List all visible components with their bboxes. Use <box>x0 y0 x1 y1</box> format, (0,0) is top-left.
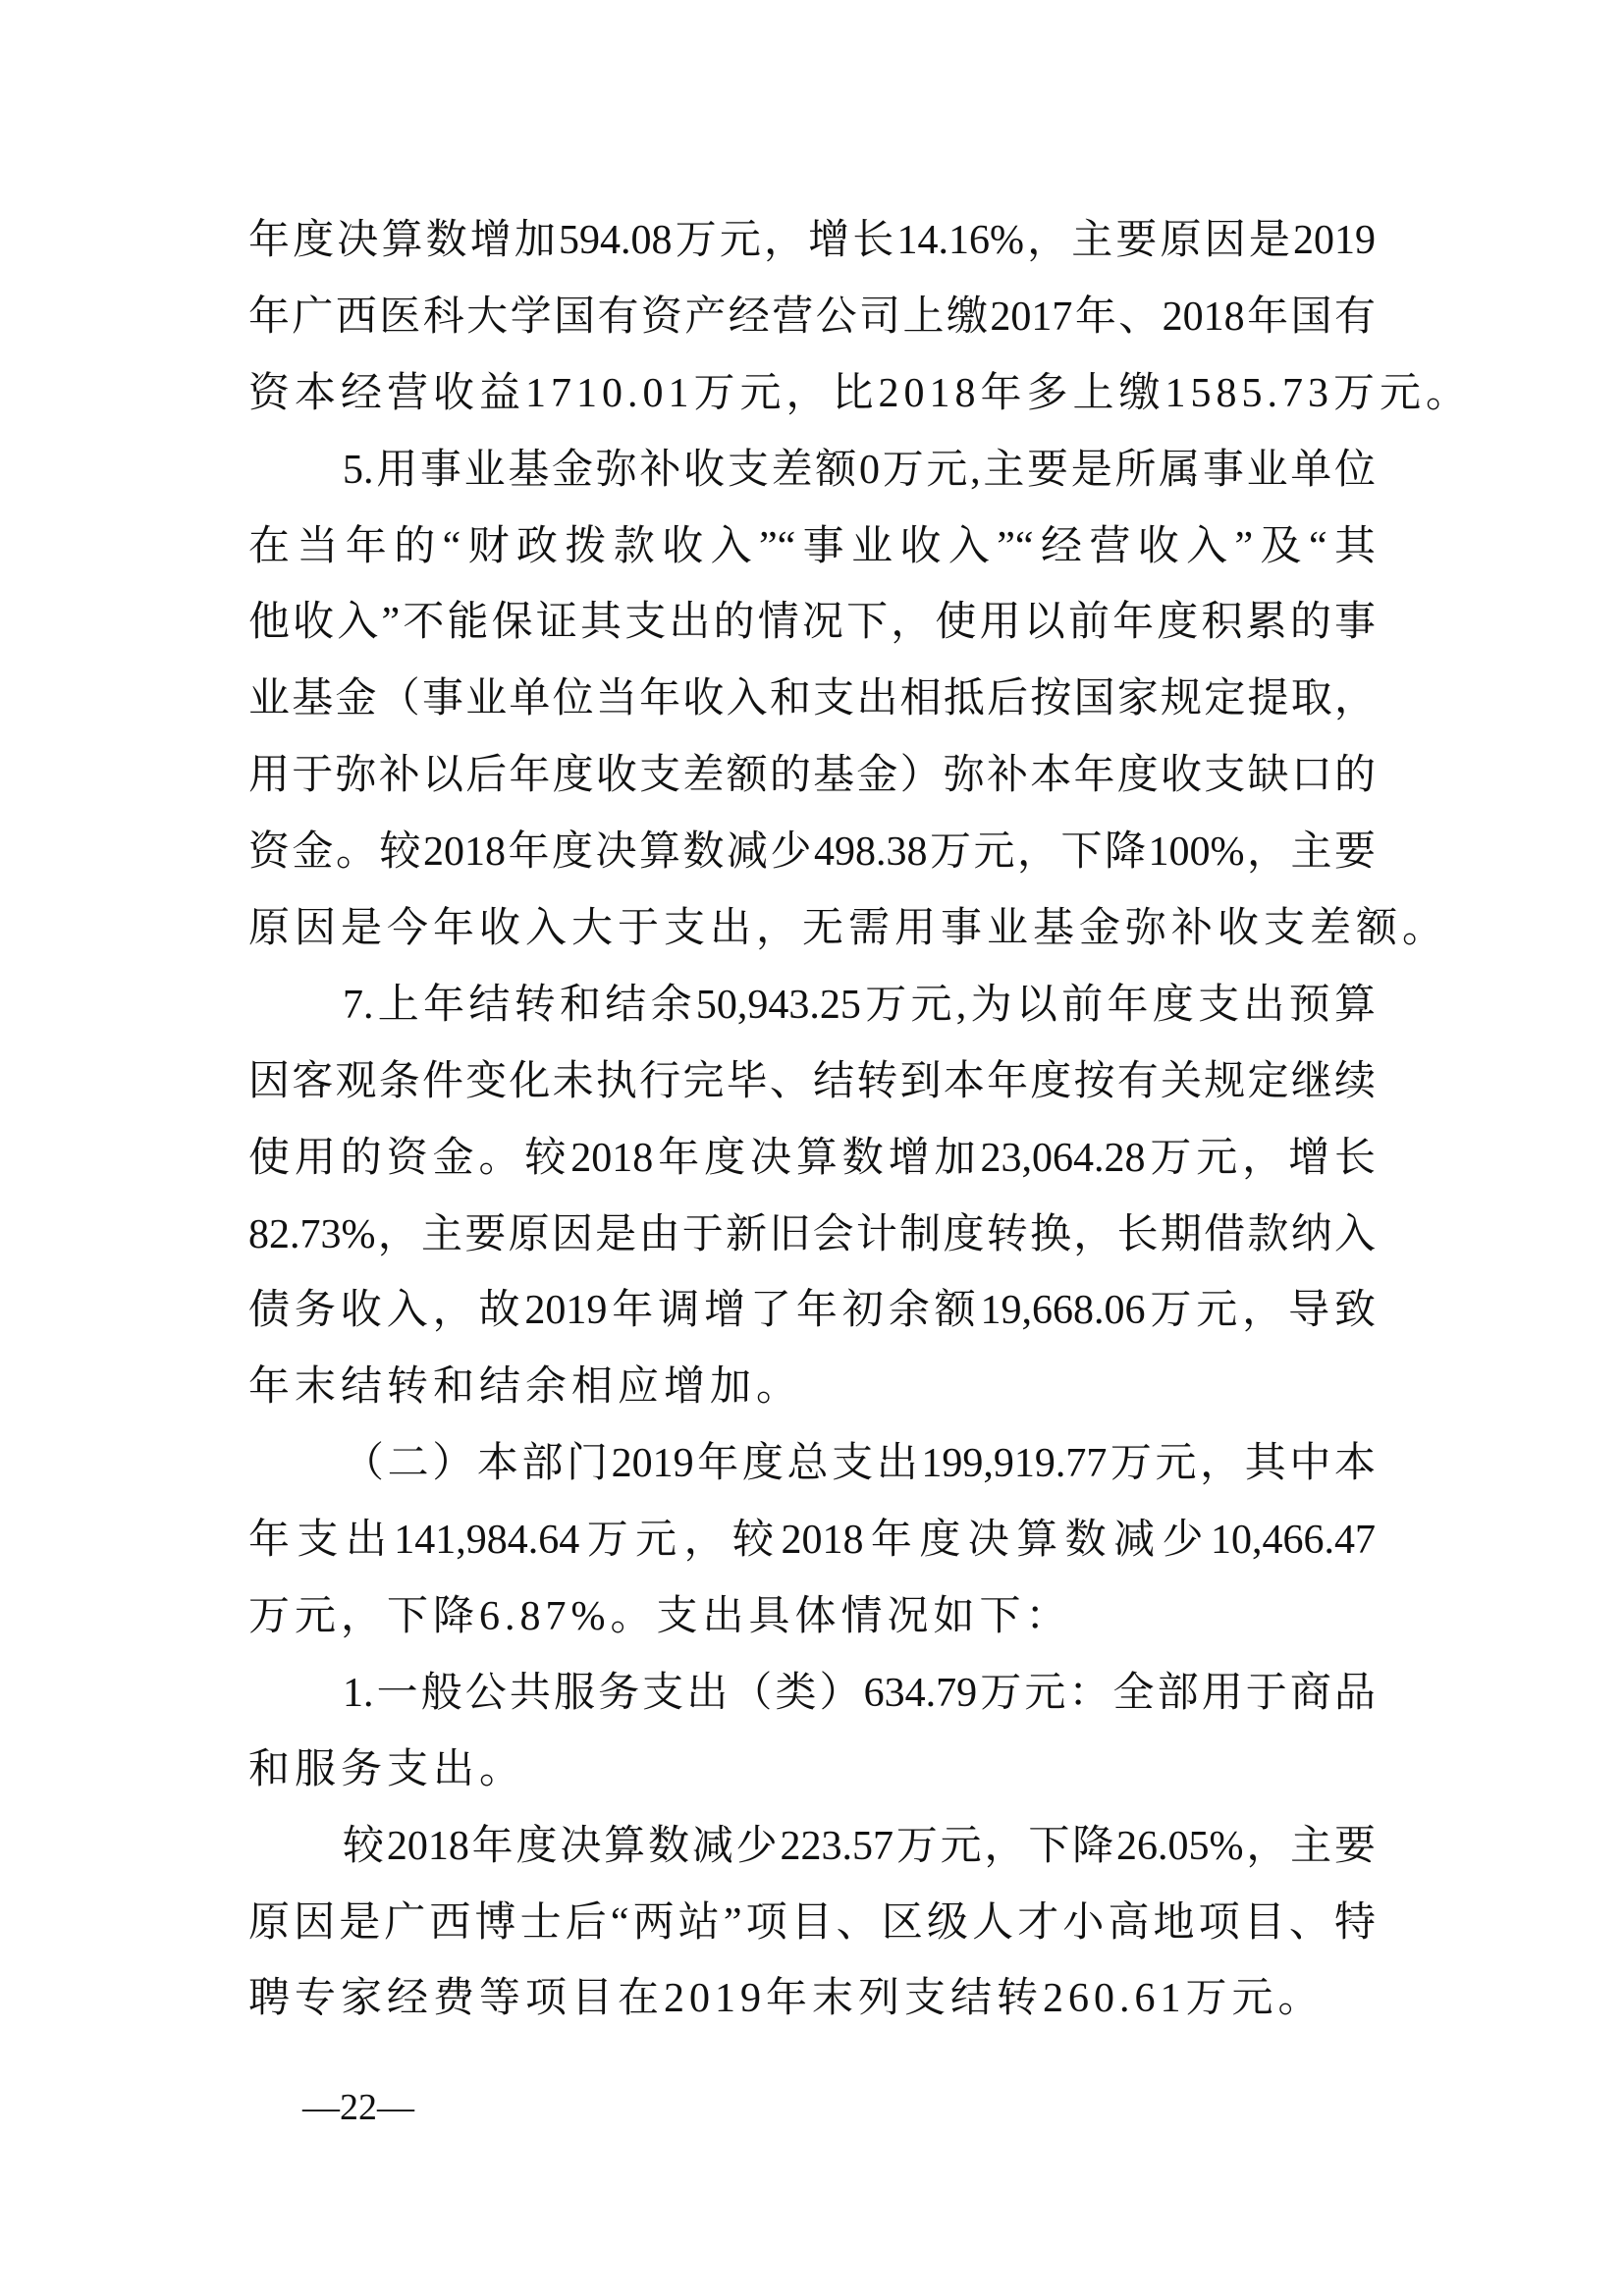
paragraph-expenditure-item-1-comparison: 较2018年度决算数减少223.57万元，下降26.05%，主要 原因是广西博士… <box>248 1809 1376 2039</box>
text-line: 年支出141,984.64万元，较2018年度决算数减少10,466.47 <box>248 1503 1376 1579</box>
page-number: —22— <box>302 2087 414 2128</box>
text-line: 万元，下降6.87%。支出具体情况如下： <box>248 1579 1376 1656</box>
paragraph-section-2-expenditure: （二）本部门2019年度总支出199,919.77万元，其中本 年支出141,9… <box>248 1426 1376 1656</box>
text-line: （二）本部门2019年度总支出199,919.77万元，其中本 <box>248 1426 1376 1503</box>
paragraph-item-7: 7.上年结转和结余50,943.25万元,为以前年度支出预算 因客观条件变化未执… <box>248 968 1376 1426</box>
paragraph-expenditure-item-1: 1.一般公共服务支出（类）634.79万元：全部用于商品 和服务支出。 <box>248 1656 1376 1809</box>
text-line: 资本经营收益1710.01万元，比2018年多上缴1585.73万元。 <box>248 356 1376 433</box>
text-line: 7.上年结转和结余50,943.25万元,为以前年度支出预算 <box>248 968 1376 1044</box>
text-line: 因客观条件变化未执行完毕、结转到本年度按有关规定继续 <box>248 1044 1376 1121</box>
text-line: 年度决算数增加594.08万元，增长14.16%，主要原因是2019 <box>248 203 1376 280</box>
text-line: 82.73%，主要原因是由于新旧会计制度转换，长期借款纳入 <box>248 1198 1376 1274</box>
text-line: 用于弥补以后年度收支差额的基金）弥补本年度收支缺口的 <box>248 738 1376 815</box>
text-line: 在当年的“财政拨款收入”“事业收入”“经营收入”及“其 <box>248 509 1376 586</box>
text-line: 聘专家经费等项目在2019年末列支结转260.61万元。 <box>248 1961 1376 2038</box>
document-page: 年度决算数增加594.08万元，增长14.16%，主要原因是2019 年广西医科… <box>0 0 1624 2296</box>
text-line: 使用的资金。较2018年度决算数增加23,064.28万元，增长 <box>248 1121 1376 1198</box>
text-line: 原因是广西博士后“两站”项目、区级人才小高地项目、特 <box>248 1886 1376 1962</box>
text-line: 原因是今年收入大于支出，无需用事业基金弥补收支差额。 <box>248 891 1376 968</box>
text-line: 较2018年度决算数减少223.57万元，下降26.05%，主要 <box>248 1809 1376 1886</box>
text-line: 债务收入，故2019年调增了年初余额19,668.06万元，导致 <box>248 1273 1376 1350</box>
body-text: 年度决算数增加594.08万元，增长14.16%，主要原因是2019 年广西医科… <box>248 203 1376 2038</box>
text-line: 资金。较2018年度决算数减少498.38万元，下降100%，主要 <box>248 815 1376 891</box>
text-line: 和服务支出。 <box>248 1733 1376 1809</box>
text-line: 年末结转和结余相应增加。 <box>248 1350 1376 1426</box>
paragraph-item-5: 5.用事业基金弥补收支差额0万元,主要是所属事业单位 在当年的“财政拨款收入”“… <box>248 433 1376 968</box>
text-line: 业基金（事业单位当年收入和支出相抵后按国家规定提取， <box>248 662 1376 738</box>
paragraph-income-continuation: 年度决算数增加594.08万元，增长14.16%，主要原因是2019 年广西医科… <box>248 203 1376 433</box>
text-line: 他收入”不能保证其支出的情况下，使用以前年度积累的事 <box>248 585 1376 662</box>
text-line: 年广西医科大学国有资产经营公司上缴2017年、2018年国有 <box>248 280 1376 356</box>
text-line: 1.一般公共服务支出（类）634.79万元：全部用于商品 <box>248 1656 1376 1733</box>
text-line: 5.用事业基金弥补收支差额0万元,主要是所属事业单位 <box>248 433 1376 509</box>
